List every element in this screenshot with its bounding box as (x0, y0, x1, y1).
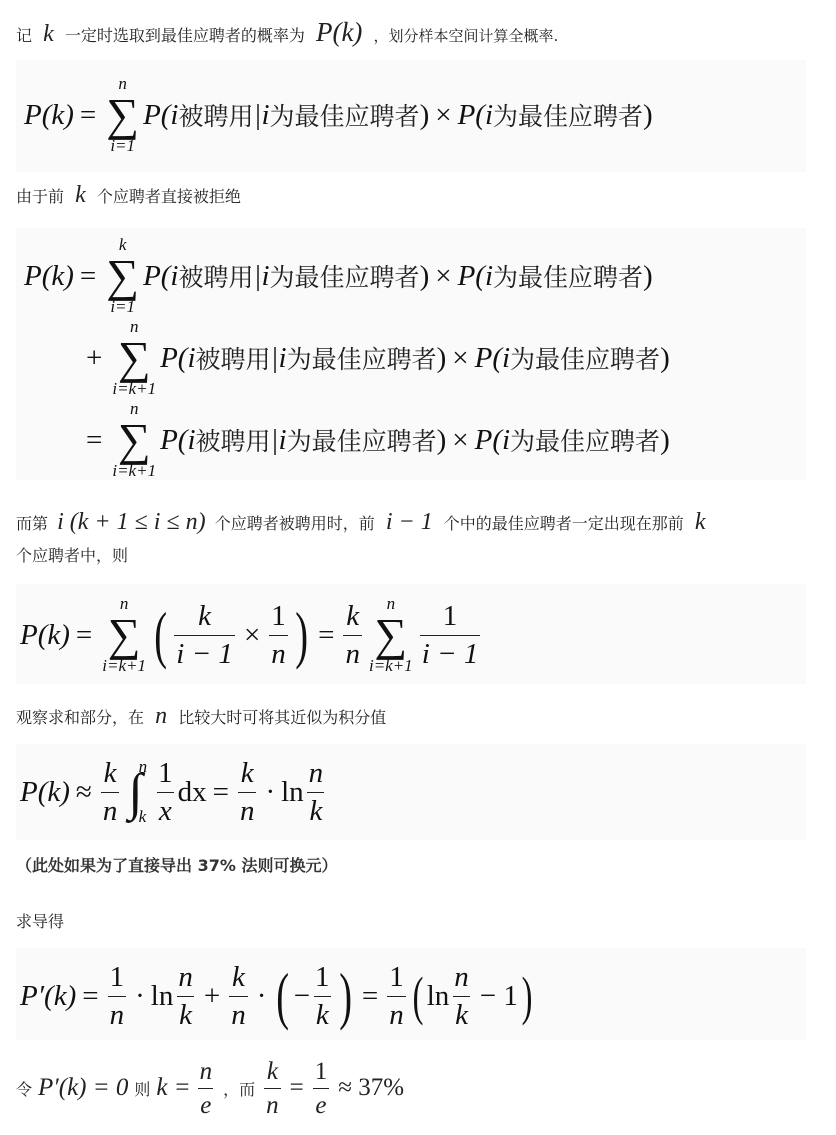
equation-substituted-sum: P(k) = n ∑ i=k+1 ( ki − 1 × 1n ) = kn n … (20, 590, 483, 680)
fraction: 1x (156, 759, 175, 826)
denominator: k (307, 792, 324, 826)
math-var-k: k (43, 21, 54, 47)
int-upper: n (139, 757, 148, 777)
left-paren: ( (412, 969, 423, 1023)
cn-text: 为最佳应聘者 (287, 422, 437, 458)
summation: k ∑ i=1 (106, 236, 139, 316)
numerator: k (230, 963, 247, 996)
text: （此处如果为了直接导出 37% 法则可换元） (16, 856, 337, 875)
text: 一定时选取到最佳应聘者的概率为 (65, 26, 305, 45)
ln: ln (151, 980, 174, 1013)
term: P(i (458, 99, 493, 132)
text: ，而 (223, 1077, 255, 1100)
derivative-label: 求导得 (16, 910, 64, 934)
math-i-minus-1: i − 1 (386, 509, 433, 535)
equation-integral-approx: P(k) ≈ kn ∫ nk 1x dx = kn · ln nk (20, 748, 328, 836)
minus: − (294, 980, 310, 1013)
paren: ) (420, 99, 430, 132)
cn-text: 为最佳应聘者 (493, 258, 643, 294)
summation: n ∑ i=k+1 (112, 400, 156, 480)
fraction: kn (229, 963, 248, 1030)
sum-lower: i=k+1 (112, 380, 156, 398)
dot: · (135, 980, 145, 1013)
numerator: 1 (156, 759, 175, 792)
text: 个应聘者被聘用时，前 (215, 514, 375, 533)
equals: = (213, 776, 229, 809)
math-var-k: k (75, 182, 86, 208)
equals: = (86, 424, 102, 457)
paren: ) (643, 99, 653, 132)
dx: dx (178, 776, 207, 809)
numerator: 1 (313, 963, 332, 996)
math-range: i (k + 1 ≤ i ≤ n) (57, 509, 206, 535)
ln: ln (281, 776, 304, 809)
rejection-paragraph: 由于前 k 个应聘者直接被拒绝 (16, 183, 241, 209)
paren: ) (420, 260, 430, 293)
math-k-eq: k = (156, 1074, 190, 1102)
text: 观察求和部分，在 (16, 708, 144, 727)
plus: + (204, 980, 220, 1013)
equation-total-probability: P(k) = n ∑ i=1 P(i被聘用|i为最佳应聘者) × P(i为最佳应… (24, 70, 653, 160)
times: × (435, 99, 451, 132)
paren: ) (660, 342, 670, 375)
denominator: e (198, 1088, 213, 1118)
paren: ) (437, 424, 447, 457)
term: |i (254, 260, 270, 293)
denominator: n (101, 792, 120, 826)
sum-lower: i=k+1 (112, 462, 156, 480)
denominator: n (387, 996, 406, 1030)
cn-text: 被聘用 (179, 97, 254, 133)
paren: ) (643, 260, 653, 293)
math-derivative-zero: P′(k) = 0 (38, 1074, 128, 1102)
text: 比较大时可将其近似为积分值 (178, 708, 386, 727)
lhs: P′(k) (20, 980, 76, 1013)
intro-paragraph: 记 k 一定时选取到最佳应聘者的概率为 P(k) ，划分样本空间计算全概率. (16, 20, 558, 48)
term: P(i (475, 342, 510, 375)
sigma-icon: ∑ (106, 93, 139, 137)
times: × (244, 619, 260, 652)
term: P(i (475, 424, 510, 457)
fraction: 1n (387, 963, 406, 1030)
equation-split-line-3: = n ∑ i=k+1 P(i被聘用|i为最佳应聘者) × P(i为最佳应聘者) (80, 400, 670, 480)
cn-text: 被聘用 (179, 258, 254, 294)
lhs: P(k) (24, 99, 74, 132)
fraction: 1n (108, 963, 127, 1030)
minus-one: − 1 (480, 980, 518, 1013)
term: P(i (160, 342, 195, 375)
denominator: i − 1 (420, 635, 481, 669)
denominator: i − 1 (174, 635, 235, 669)
denominator: n (343, 635, 362, 669)
math-var-n: n (155, 703, 167, 729)
numerator: 1 (313, 1059, 330, 1088)
text: 求导得 (16, 912, 64, 931)
equation-split-line-2: + n ∑ i=k+1 P(i被聘用|i为最佳应聘者) × P(i为最佳应聘者) (80, 318, 670, 398)
numerator: k (265, 1059, 280, 1088)
left-paren: ( (277, 964, 290, 1028)
sum-lower: i=1 (110, 298, 135, 316)
fraction: ne (198, 1059, 215, 1118)
summation: n ∑ i=1 (106, 75, 139, 155)
sigma-icon: ∑ (106, 254, 139, 298)
lhs: P(k) (20, 776, 70, 809)
sigma-icon: ∑ (118, 418, 151, 462)
denominator: n (269, 635, 288, 669)
cn-text: 被聘用 (196, 340, 271, 376)
fraction: kn (101, 759, 120, 826)
fraction: 1e (313, 1059, 330, 1118)
text: ，划分样本空间计算全概率. (374, 27, 559, 45)
numerator: 1 (108, 963, 127, 996)
equation-derivative: P′(k) = 1n · ln nk + kn · ( − 1k ) = 1n … (20, 952, 536, 1040)
lhs: P(k) (24, 260, 74, 293)
ln: ln (427, 980, 450, 1013)
fraction: 1n (269, 602, 288, 669)
equals: = (80, 260, 96, 293)
sigma-icon: ∑ (108, 613, 141, 657)
equals: = (76, 619, 92, 652)
sigma-icon: ∑ (118, 336, 151, 380)
numerator: n (198, 1059, 215, 1088)
cn-text: 为最佳应聘者 (510, 340, 660, 376)
term: |i (271, 342, 287, 375)
numerator: 1 (269, 602, 288, 635)
term: P(i (160, 424, 195, 457)
text: 则 (134, 1077, 150, 1100)
summation: n ∑ i=k+1 (102, 595, 146, 675)
equals: = (82, 980, 98, 1013)
text: 个中的最佳应聘者一定出现在那前 (444, 514, 684, 533)
numerator: k (239, 759, 256, 792)
right-paren: ) (339, 964, 352, 1028)
fraction: ki − 1 (174, 602, 235, 669)
text: 由于前 (16, 187, 64, 206)
numerator: n (176, 963, 195, 996)
paren: ) (660, 424, 670, 457)
right-paren: ) (295, 603, 308, 667)
fraction: 1k (313, 963, 332, 1030)
numerator: k (344, 602, 361, 635)
math-37-percent: ≈ 37% (338, 1074, 404, 1102)
term: P(i (143, 260, 178, 293)
sum-lower: i=k+1 (369, 657, 413, 675)
cn-text: 为最佳应聘者 (270, 258, 420, 294)
denominator: e (313, 1088, 328, 1118)
fraction: nk (452, 963, 471, 1030)
cn-text: 为最佳应聘者 (510, 422, 660, 458)
substitution-note: （此处如果为了直接导出 37% 法则可换元） (16, 854, 337, 878)
left-paren: ( (154, 603, 167, 667)
cn-text: 为最佳应聘者 (270, 97, 420, 133)
fraction: kn (238, 759, 257, 826)
numerator: 1 (387, 963, 406, 996)
numerator: k (102, 759, 119, 792)
fraction: nk (307, 759, 326, 826)
conclusion-line: 令 P′(k) = 0 则 k = ne ，而 kn = 1e ≈ 37% (16, 1050, 404, 1126)
text: 个应聘者直接被拒绝 (97, 187, 241, 206)
condition-paragraph: 而第 i (k + 1 ≤ i ≤ n) 个应聘者被聘用时，前 i − 1 个中… (16, 510, 836, 536)
summation: n ∑ i=k+1 (112, 318, 156, 398)
times: × (452, 424, 468, 457)
denominator: n (264, 1088, 281, 1118)
dot: · (257, 980, 267, 1013)
cn-text: 被聘用 (196, 422, 271, 458)
fraction: kn (343, 602, 362, 669)
denominator: k (177, 996, 194, 1030)
denominator: n (238, 792, 257, 826)
sum-lower: i=k+1 (102, 657, 146, 675)
math-var-k: k (695, 509, 706, 535)
approx: ≈ (76, 776, 92, 809)
fraction: kn (264, 1059, 281, 1118)
numerator: n (452, 963, 471, 996)
cn-text: 为最佳应聘者 (287, 340, 437, 376)
times: × (435, 260, 451, 293)
dot: · (265, 776, 275, 809)
sum-lower: i=1 (110, 137, 135, 155)
text: 记 (16, 26, 32, 45)
equals: = (362, 980, 378, 1013)
text: 而第 (16, 514, 48, 533)
term: |i (254, 99, 270, 132)
lhs: P(k) (20, 619, 70, 652)
fraction: nk (176, 963, 195, 1030)
denominator: n (229, 996, 248, 1030)
right-paren: ) (521, 969, 532, 1023)
text: 个应聘者中，则 (16, 546, 128, 565)
paren: ) (437, 342, 447, 375)
equals: = (80, 99, 96, 132)
int-lower: k (139, 807, 148, 827)
approximation-paragraph: 观察求和部分，在 n 比较大时可将其近似为积分值 (16, 704, 386, 730)
equals: = (290, 1074, 304, 1102)
times: × (452, 342, 468, 375)
plus: + (86, 342, 102, 375)
numerator: 1 (441, 602, 460, 635)
summation: n ∑ i=k+1 (369, 595, 413, 675)
numerator: n (307, 759, 326, 792)
term: |i (271, 424, 287, 457)
integral: ∫ nk (128, 757, 147, 827)
denominator: k (314, 996, 331, 1030)
sigma-icon: ∑ (374, 613, 407, 657)
denominator: x (157, 792, 174, 826)
condition-paragraph-line-2: 个应聘者中，则 (16, 544, 128, 568)
equals: = (318, 619, 334, 652)
fraction: 1i − 1 (420, 602, 481, 669)
text: 令 (16, 1077, 32, 1100)
term: P(i (143, 99, 178, 132)
math-pk: P(k) (316, 17, 362, 47)
equation-split-line-1: P(k) = k ∑ i=1 P(i被聘用|i为最佳应聘者) × P(i为最佳应… (24, 236, 653, 316)
denominator: n (108, 996, 127, 1030)
term: P(i (458, 260, 493, 293)
numerator: k (196, 602, 213, 635)
denominator: k (453, 996, 470, 1030)
cn-text: 为最佳应聘者 (493, 97, 643, 133)
